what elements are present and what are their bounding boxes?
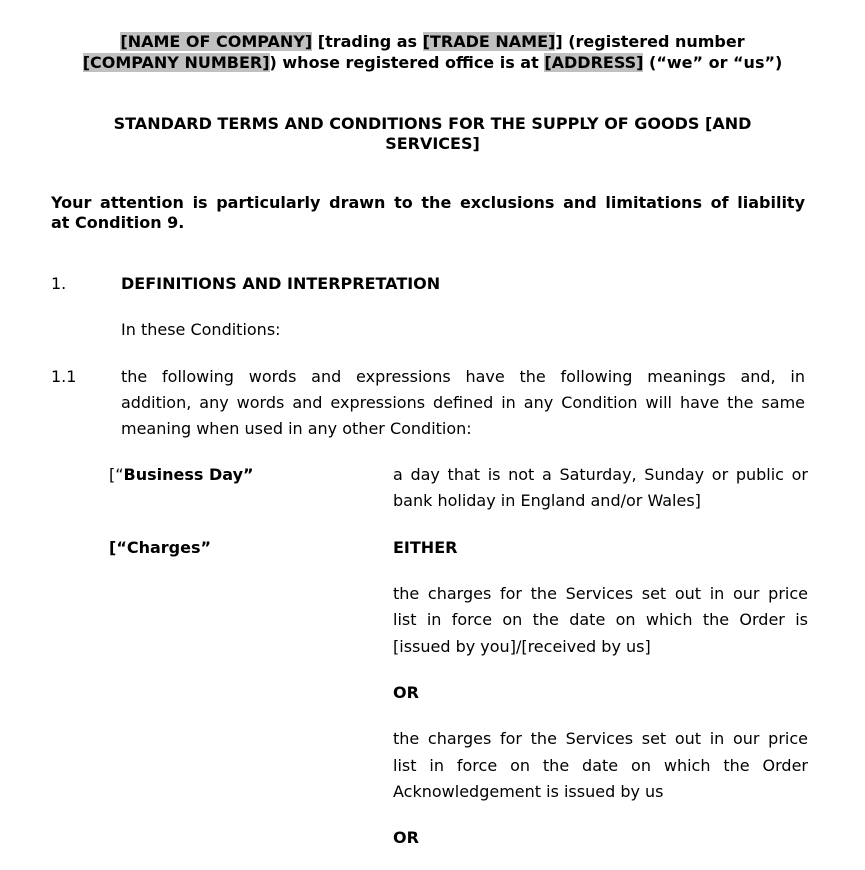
company-name-placeholder: [NAME OF COMPANY]: [120, 32, 312, 51]
address-placeholder: [ADDRESS]: [544, 53, 643, 72]
company-number-placeholder: [COMPANY NUMBER]: [83, 53, 270, 72]
charges-option-2-line-2: list in force on the date on which the O…: [393, 755, 808, 777]
charges-or-label-1: OR: [393, 682, 419, 704]
charges-option-1-line-1: the charges for the Services set out in …: [393, 583, 808, 605]
business-day-definition-line-1: a day that is not a Saturday, Sunday or …: [393, 464, 808, 486]
clause-1-1-line-2: addition, any words and expressions defi…: [121, 392, 805, 414]
definition-term-business-day: [“Business Day”: [109, 464, 254, 486]
section-1-heading: DEFINITIONS AND INTERPRETATION: [121, 273, 440, 295]
attention-notice-line-2: at Condition 9.: [51, 212, 184, 234]
charges-either-label: EITHER: [393, 537, 457, 559]
charges-option-2-line-1: the charges for the Services set out in …: [393, 728, 808, 750]
attention-notice-line-1: Your attention is particularly drawn to …: [51, 192, 805, 214]
section-1-number: 1.: [51, 273, 66, 295]
clause-1-1-number: 1.1: [51, 366, 76, 388]
header-line-2: [COMPANY NUMBER]) whose registered offic…: [0, 52, 865, 74]
clause-1-1-line-3: meaning when used in any other Condition…: [121, 418, 472, 440]
document-title-line-1: STANDARD TERMS AND CONDITIONS FOR THE SU…: [0, 113, 865, 135]
clause-1-1-line-1: the following words and expressions have…: [121, 366, 805, 388]
charges-option-2-line-3: Acknowledgement is issued by us: [393, 781, 664, 803]
document-page: [NAME OF COMPANY] [trading as [TRADE NAM…: [0, 0, 865, 870]
definition-term-charges: [“Charges”: [109, 537, 211, 559]
business-day-definition-line-2: bank holiday in England and/or Wales]: [393, 490, 701, 512]
charges-option-1-line-3: [issued by you]/[received by us]: [393, 636, 651, 658]
header-line-1: [NAME OF COMPANY] [trading as [TRADE NAM…: [0, 31, 865, 53]
trade-name-placeholder: [TRADE NAME]: [423, 32, 556, 51]
section-1-intro: In these Conditions:: [121, 319, 281, 341]
charges-or-label-2: OR: [393, 827, 419, 849]
charges-option-1-line-2: list in force on the date on which the O…: [393, 609, 808, 631]
document-title-line-2: SERVICES]: [0, 133, 865, 155]
